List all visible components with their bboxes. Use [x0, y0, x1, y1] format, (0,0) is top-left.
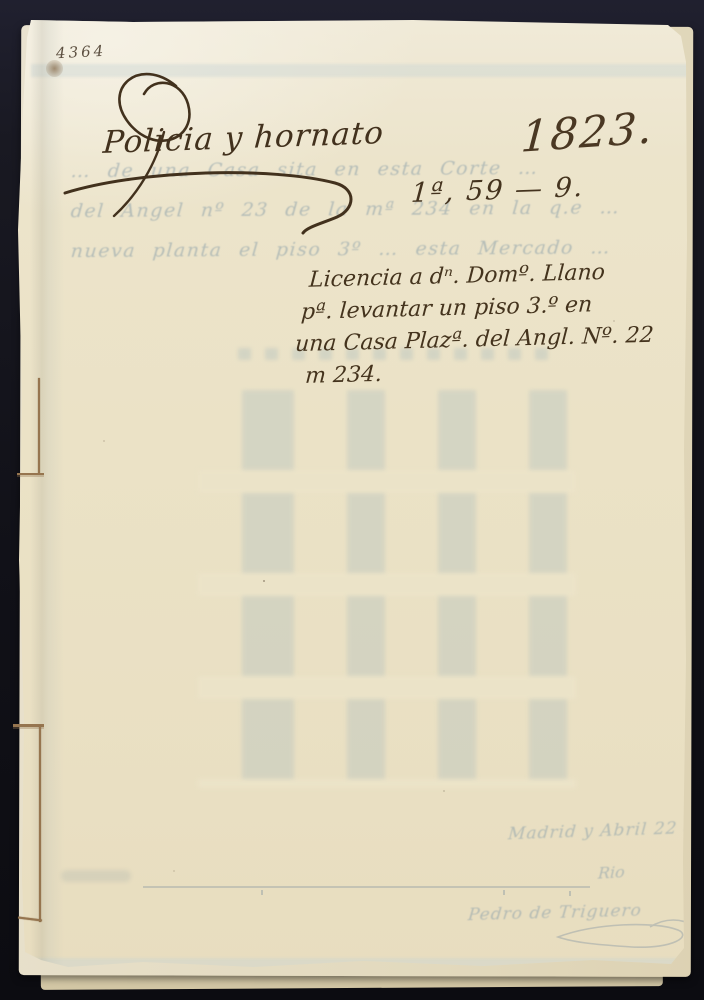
ghost-rubric-flourish [540, 905, 700, 960]
ghost-scale-tick [261, 890, 263, 895]
scan-background: { "document": { "archive_number": "4364"… [0, 0, 704, 1000]
foxing-speck [263, 580, 265, 582]
binding-thread [17, 473, 44, 475]
foxing-speck [173, 870, 175, 872]
ghost-scale-tick [503, 890, 505, 895]
document-page: … de una Casa sita en esta Corte … del A… [13, 20, 688, 972]
ghost-date-line: Madrid y Abril 22 de 1823 [507, 816, 704, 845]
license-summary: Licencia a dⁿ. Domº. Llano pª. levantar … [292, 255, 690, 393]
foxing-speck [443, 790, 445, 792]
binding-thread [38, 378, 40, 474]
foxing-speck [613, 320, 615, 322]
foxing-speck [103, 440, 105, 442]
ghost-scale-bar [143, 886, 590, 888]
ghost-initial: Rio [598, 862, 626, 882]
ink-stain [46, 60, 63, 77]
ghost-smudge [61, 870, 131, 882]
title-underline-swash [53, 155, 373, 245]
reference-number: 1ª, 59 — 9. [410, 172, 586, 209]
year-label: 1823. [519, 103, 655, 163]
ghost-scale-tick [569, 891, 571, 896]
facade-floor-bands [198, 390, 576, 788]
binding-thread [39, 726, 41, 922]
